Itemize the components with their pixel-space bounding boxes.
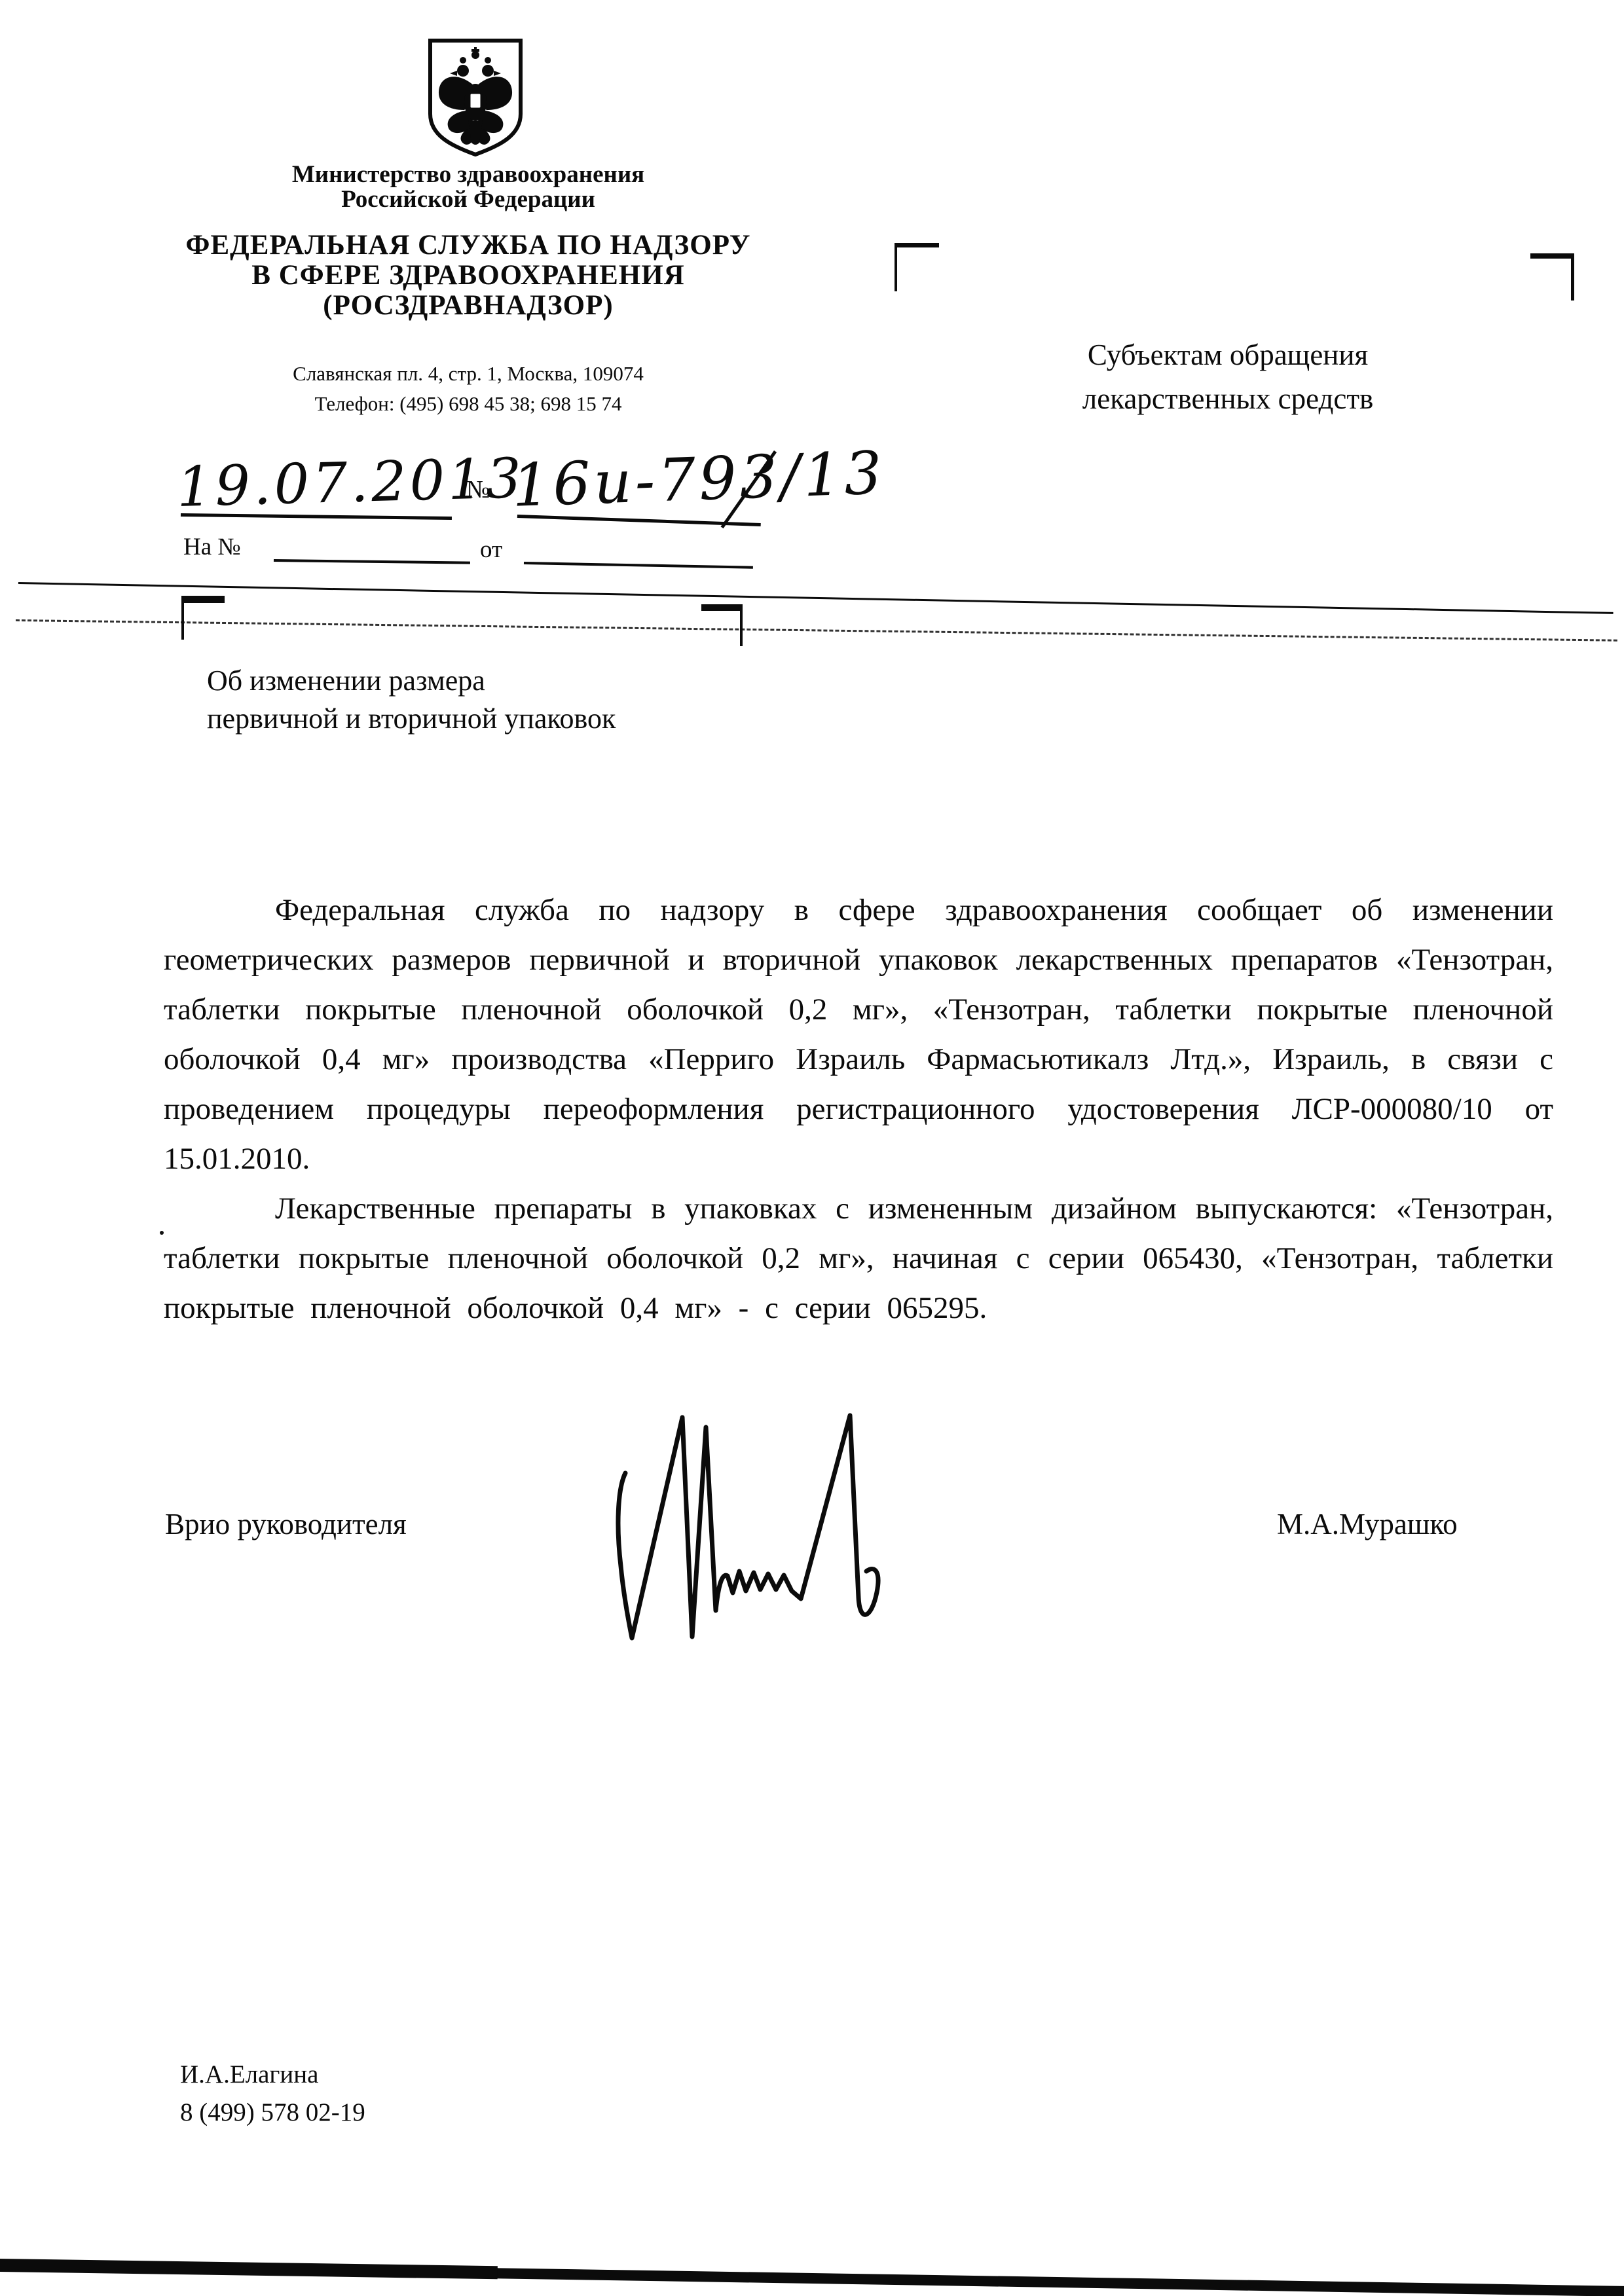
addressee-line2: лекарственных средств (969, 382, 1486, 416)
signer-position-title: Врио руководителя (165, 1507, 407, 1541)
subject-line2: первичной и вторичной упаковок (207, 702, 616, 735)
executor-name: И.А.Елагина (180, 2060, 318, 2089)
signer-name: М.А.Мурашко (1277, 1507, 1458, 1541)
letter-body: Федеральная служба по надзору в сфере зд… (164, 885, 1553, 1333)
addressee-line1: Субъектам обращения (969, 338, 1486, 372)
letterhead-phone: Телефон: (495) 698 45 38; 698 15 74 (157, 393, 779, 415)
scan-edge-streak-thick (0, 2259, 498, 2279)
body-paragraph-1: Федеральная служба по надзору в сфере зд… (164, 885, 1553, 1184)
ministry-name-line2: Российской Федерации (157, 187, 779, 212)
service-name-line2: В СФЕРЕ ЗДРАВООХРАНЕНИЯ (157, 261, 779, 291)
scan-speck (160, 1231, 164, 1235)
body-paragraph-2: Лекарственные препараты в упаковках с из… (164, 1184, 1553, 1333)
scanned-letter-page: Министерство здравоохранения Российской … (0, 0, 1624, 2296)
executor-phone: 8 (499) 578 02-19 (180, 2098, 365, 2127)
russia-coat-of-arms-icon (422, 37, 528, 159)
handwritten-signature-icon (612, 1408, 887, 1643)
handwritten-number: 16и-793/13 (511, 439, 886, 520)
letterhead-address: Славянская пл. 4, стр. 1, Москва, 109074 (157, 363, 779, 385)
reply-number-label: На № (183, 533, 241, 561)
service-name-line1: ФЕДЕРАЛЬНАЯ СЛУЖБА ПО НАДЗОРУ (157, 230, 779, 261)
subject-line1: Об изменении размера (207, 664, 485, 697)
scan-artifact-dashed-line (16, 619, 1617, 642)
scan-artifact-line (18, 582, 1614, 614)
ministry-name-line1: Министерство здравоохранения (157, 162, 779, 187)
reply-from-label: от (480, 536, 502, 564)
number-sign-label: № (466, 475, 490, 504)
service-short-name: (РОСЗДРАВНАДЗОР) (157, 291, 779, 321)
reply-from-blank-line (524, 562, 753, 569)
reply-number-blank-line (274, 559, 470, 564)
